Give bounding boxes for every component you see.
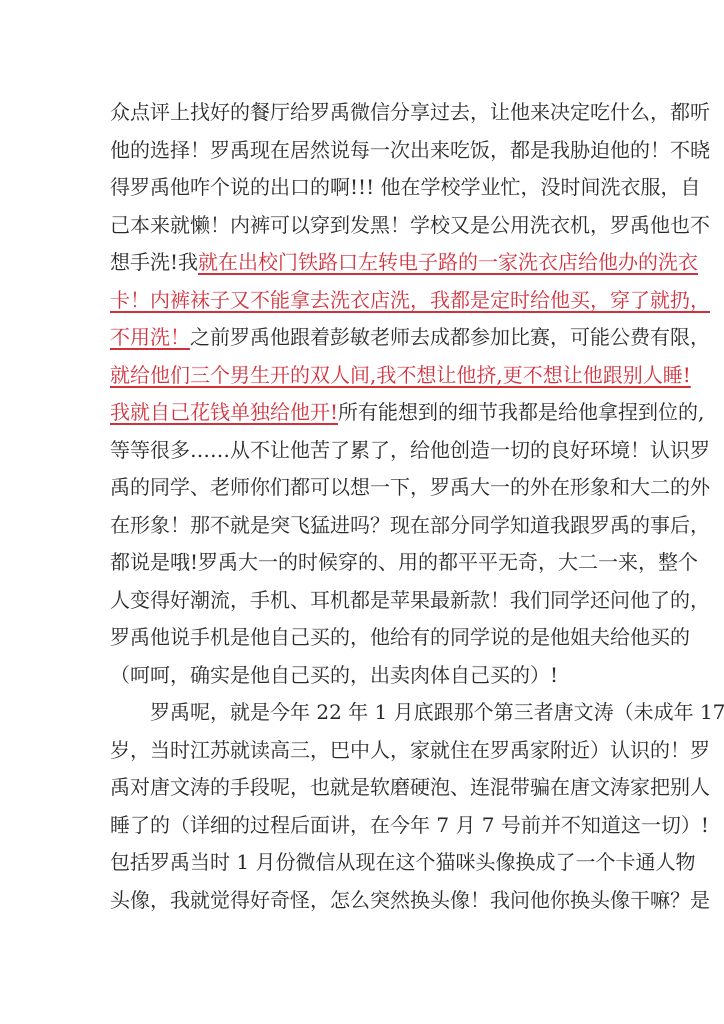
text-segment: 得罗禹他咋个说的出口的啊!!! 他在学校学业忙，没时间洗衣服，自	[110, 175, 700, 199]
text-line: 我就自己花钱单独给他开!所有能想到的细节我都是给他拿捏到位的,	[110, 394, 616, 432]
highlighted-text-segment: 卡！内裤袜子又不能拿去洗衣店洗，我都是定时给他买，穿了就扔，	[110, 288, 710, 312]
text-line: 罗禹他说手机是他自己买的，他给有的同学说的是他姐夫给他买的	[110, 619, 616, 657]
highlighted-text-segment: 就给他们三个男生开的双人间,我不想让他挤,更不想让他跟别人睡!	[110, 363, 691, 387]
text-line-paragraph-end: （呵呵，确实是他自己买的，出卖肉体自己买的）!	[110, 657, 616, 695]
text-line: 都说是哦!罗禹大一的时候穿的、用的都平平无奇，大二一来，整个	[110, 544, 616, 582]
text-segment: 罗禹呢，就是今年 22 年 1 月底跟那个第三者唐文涛（未成年 17	[150, 700, 724, 724]
text-segment: 在形象！那不就是突飞猛进吗？现在部分同学知道我跟罗禹的事后，	[110, 513, 710, 537]
text-segment: 头像，我就觉得好奇怪，怎么突然换头像！我问他你换头像干嘛？是	[110, 888, 710, 912]
text-segment: 所有能想到的细节我都是给他拿捏到位的,	[338, 400, 704, 424]
text-line: 卡！内裤袜子又不能拿去洗衣店洗，我都是定时给他买，穿了就扔，	[110, 282, 616, 320]
document-page: 众点评上找好的餐厅给罗禹微信分享过去，让他来决定吃什么，都听 他的选择！罗禹现在…	[0, 0, 724, 1024]
text-line: 包括罗禹当时 1 月份微信从现在这个猫咪头像换成了一个卡通人物	[110, 844, 616, 882]
text-line: 岁，当时江苏就读高三，巴中人，家就住在罗禹家附近）认识的！罗	[110, 732, 616, 770]
highlighted-text-segment: 就在出校门铁路口左转电子路的一家洗衣店给他办的洗衣	[198, 250, 698, 274]
text-segment: 都说是哦!罗禹大一的时候穿的、用的都平平无奇，大二一来，整个	[110, 550, 698, 574]
text-segment: 睡了的（详细的过程后面讲，在今年 7 月 7 号前并不知道这一切）!	[110, 813, 709, 837]
text-segment: 想手洗!我	[110, 250, 198, 274]
text-line: 不用洗！之前罗禹他跟着彭敏老师去成都参加比赛，可能公费有限，	[110, 319, 616, 357]
text-line: 禹对唐文涛的手段呢，也就是软磨硬泡、连混带骗在唐文涛家把别人	[110, 769, 616, 807]
text-segment: 罗禹他说手机是他自己买的，他给有的同学说的是他姐夫给他买的	[110, 625, 690, 649]
text-line: 己本来就懒！内裤可以穿到发黑！学校又是公用洗衣机，罗禹他也不	[110, 207, 616, 245]
text-line: 他的选择！罗禹现在居然说每一次出来吃饭，都是我胁迫他的！不晓	[110, 132, 616, 170]
text-segment: 岁，当时江苏就读高三，巴中人，家就住在罗禹家附近）认识的！罗	[110, 738, 710, 762]
text-line: 得罗禹他咋个说的出口的啊!!! 他在学校学业忙，没时间洗衣服，自	[110, 169, 616, 207]
highlighted-text-segment: 不用洗！	[110, 325, 190, 349]
text-segment: 等等很多……从不让他苦了累了，给他创造一切的良好环境！认识罗	[110, 438, 710, 462]
text-line: 禹的同学、老师你们都可以想一下，罗禹大一的外在形象和大二的外	[110, 469, 616, 507]
text-line: 头像，我就觉得好奇怪，怎么突然换头像！我问他你换头像干嘛？是	[110, 882, 616, 920]
text-segment: 之前罗禹他跟着彭敏老师去成都参加比赛，可能公费有限，	[190, 325, 710, 349]
highlighted-text-segment: 我就自己花钱单独给他开!	[110, 400, 338, 424]
text-segment: 他的选择！罗禹现在居然说每一次出来吃饭，都是我胁迫他的！不晓	[110, 138, 710, 162]
text-line: 睡了的（详细的过程后面讲，在今年 7 月 7 号前并不知道这一切）!	[110, 807, 616, 845]
text-line: 就给他们三个男生开的双人间,我不想让他挤,更不想让他跟别人睡!	[110, 357, 616, 395]
text-line: 想手洗!我就在出校门铁路口左转电子路的一家洗衣店给他办的洗衣	[110, 244, 616, 282]
text-segment: 禹的同学、老师你们都可以想一下，罗禹大一的外在形象和大二的外	[110, 475, 710, 499]
text-segment: 众点评上找好的餐厅给罗禹微信分享过去，让他来决定吃什么，都听	[110, 100, 710, 124]
text-segment: 包括罗禹当时 1 月份微信从现在这个猫咪头像换成了一个卡通人物	[110, 850, 695, 874]
text-line: 等等很多……从不让他苦了累了，给他创造一切的良好环境！认识罗	[110, 432, 616, 470]
text-line: 人变得好潮流，手机、耳机都是苹果最新款！我们同学还问他了的，	[110, 582, 616, 620]
text-segment: 己本来就懒！内裤可以穿到发黑！学校又是公用洗衣机，罗禹他也不	[110, 213, 710, 237]
text-line: 在形象！那不就是突飞猛进吗？现在部分同学知道我跟罗禹的事后，	[110, 507, 616, 545]
document-body-text: 众点评上找好的餐厅给罗禹微信分享过去，让他来决定吃什么，都听 他的选择！罗禹现在…	[110, 94, 616, 919]
text-line-paragraph-start: 罗禹呢，就是今年 22 年 1 月底跟那个第三者唐文涛（未成年 17	[110, 694, 616, 732]
text-segment: （呵呵，确实是他自己买的，出卖肉体自己买的）!	[110, 663, 558, 687]
text-segment: 人变得好潮流，手机、耳机都是苹果最新款！我们同学还问他了的，	[110, 588, 710, 612]
text-segment: 禹对唐文涛的手段呢，也就是软磨硬泡、连混带骗在唐文涛家把别人	[110, 775, 710, 799]
text-line: 众点评上找好的餐厅给罗禹微信分享过去，让他来决定吃什么，都听	[110, 94, 616, 132]
